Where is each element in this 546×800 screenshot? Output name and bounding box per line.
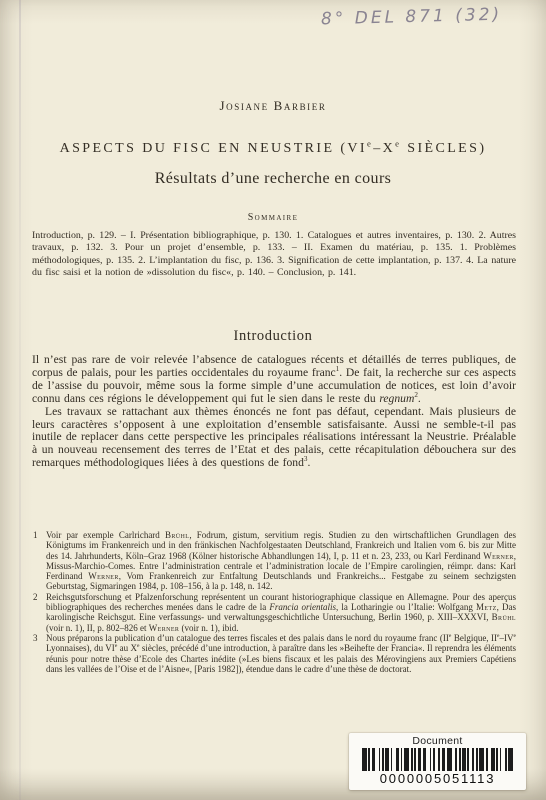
footnote-number: 3 [33, 633, 38, 643]
footnote-text: Nous préparons la publication d’un catal… [46, 633, 516, 674]
barcode-number: 0000005051113 [349, 771, 526, 786]
introduction-body: Il n’est pas rare de voir relevée l’abse… [32, 354, 516, 470]
footnote-number: 1 [33, 530, 38, 540]
paragraph-2: Les travaux se rattachant aux thèmes éno… [32, 406, 516, 471]
article-subtitle: Résultats d’une recherche en cours [0, 170, 546, 188]
scanned-page: 8° DEL 871 (32) Josiane Barbier ASPECTS … [0, 0, 546, 800]
footnote-number: 2 [33, 592, 38, 602]
page-fold-line [19, 0, 21, 800]
paragraph-1: Il n’est pas rare de voir relevée l’abse… [32, 354, 516, 406]
barcode-sticker: Document 0000005051113 [349, 733, 526, 790]
author-name: Josiane Barbier [0, 98, 546, 114]
section-heading-introduction: Introduction [0, 328, 546, 345]
barcode-label: Document [349, 733, 526, 747]
footnote-3: 3 Nous préparons la publication d’un cat… [32, 633, 516, 674]
footnote-2: 2 Reichsgutsforschung et Pfalzenforschun… [32, 592, 516, 633]
summary-text: Introduction, p. 129. – I. Présentation … [32, 230, 516, 279]
footnote-text: Reichsgutsforschung et Pfalzenforschung … [46, 592, 516, 633]
summary-heading: Sommaire [0, 212, 546, 223]
article-title: ASPECTS DU FISC EN NEUSTRIE (VIe–Xe SIÈC… [0, 141, 546, 157]
footnote-1: 1 Voir par exemple Carlrichard Brühl, Fo… [32, 530, 516, 592]
handwritten-shelfmark: 8° DEL 871 (32) [321, 5, 503, 30]
footnote-text: Voir par exemple Carlrichard Brühl, Fodr… [46, 530, 516, 591]
barcode-bars [362, 748, 514, 771]
footnotes-block: 1 Voir par exemple Carlrichard Brühl, Fo… [32, 530, 516, 674]
